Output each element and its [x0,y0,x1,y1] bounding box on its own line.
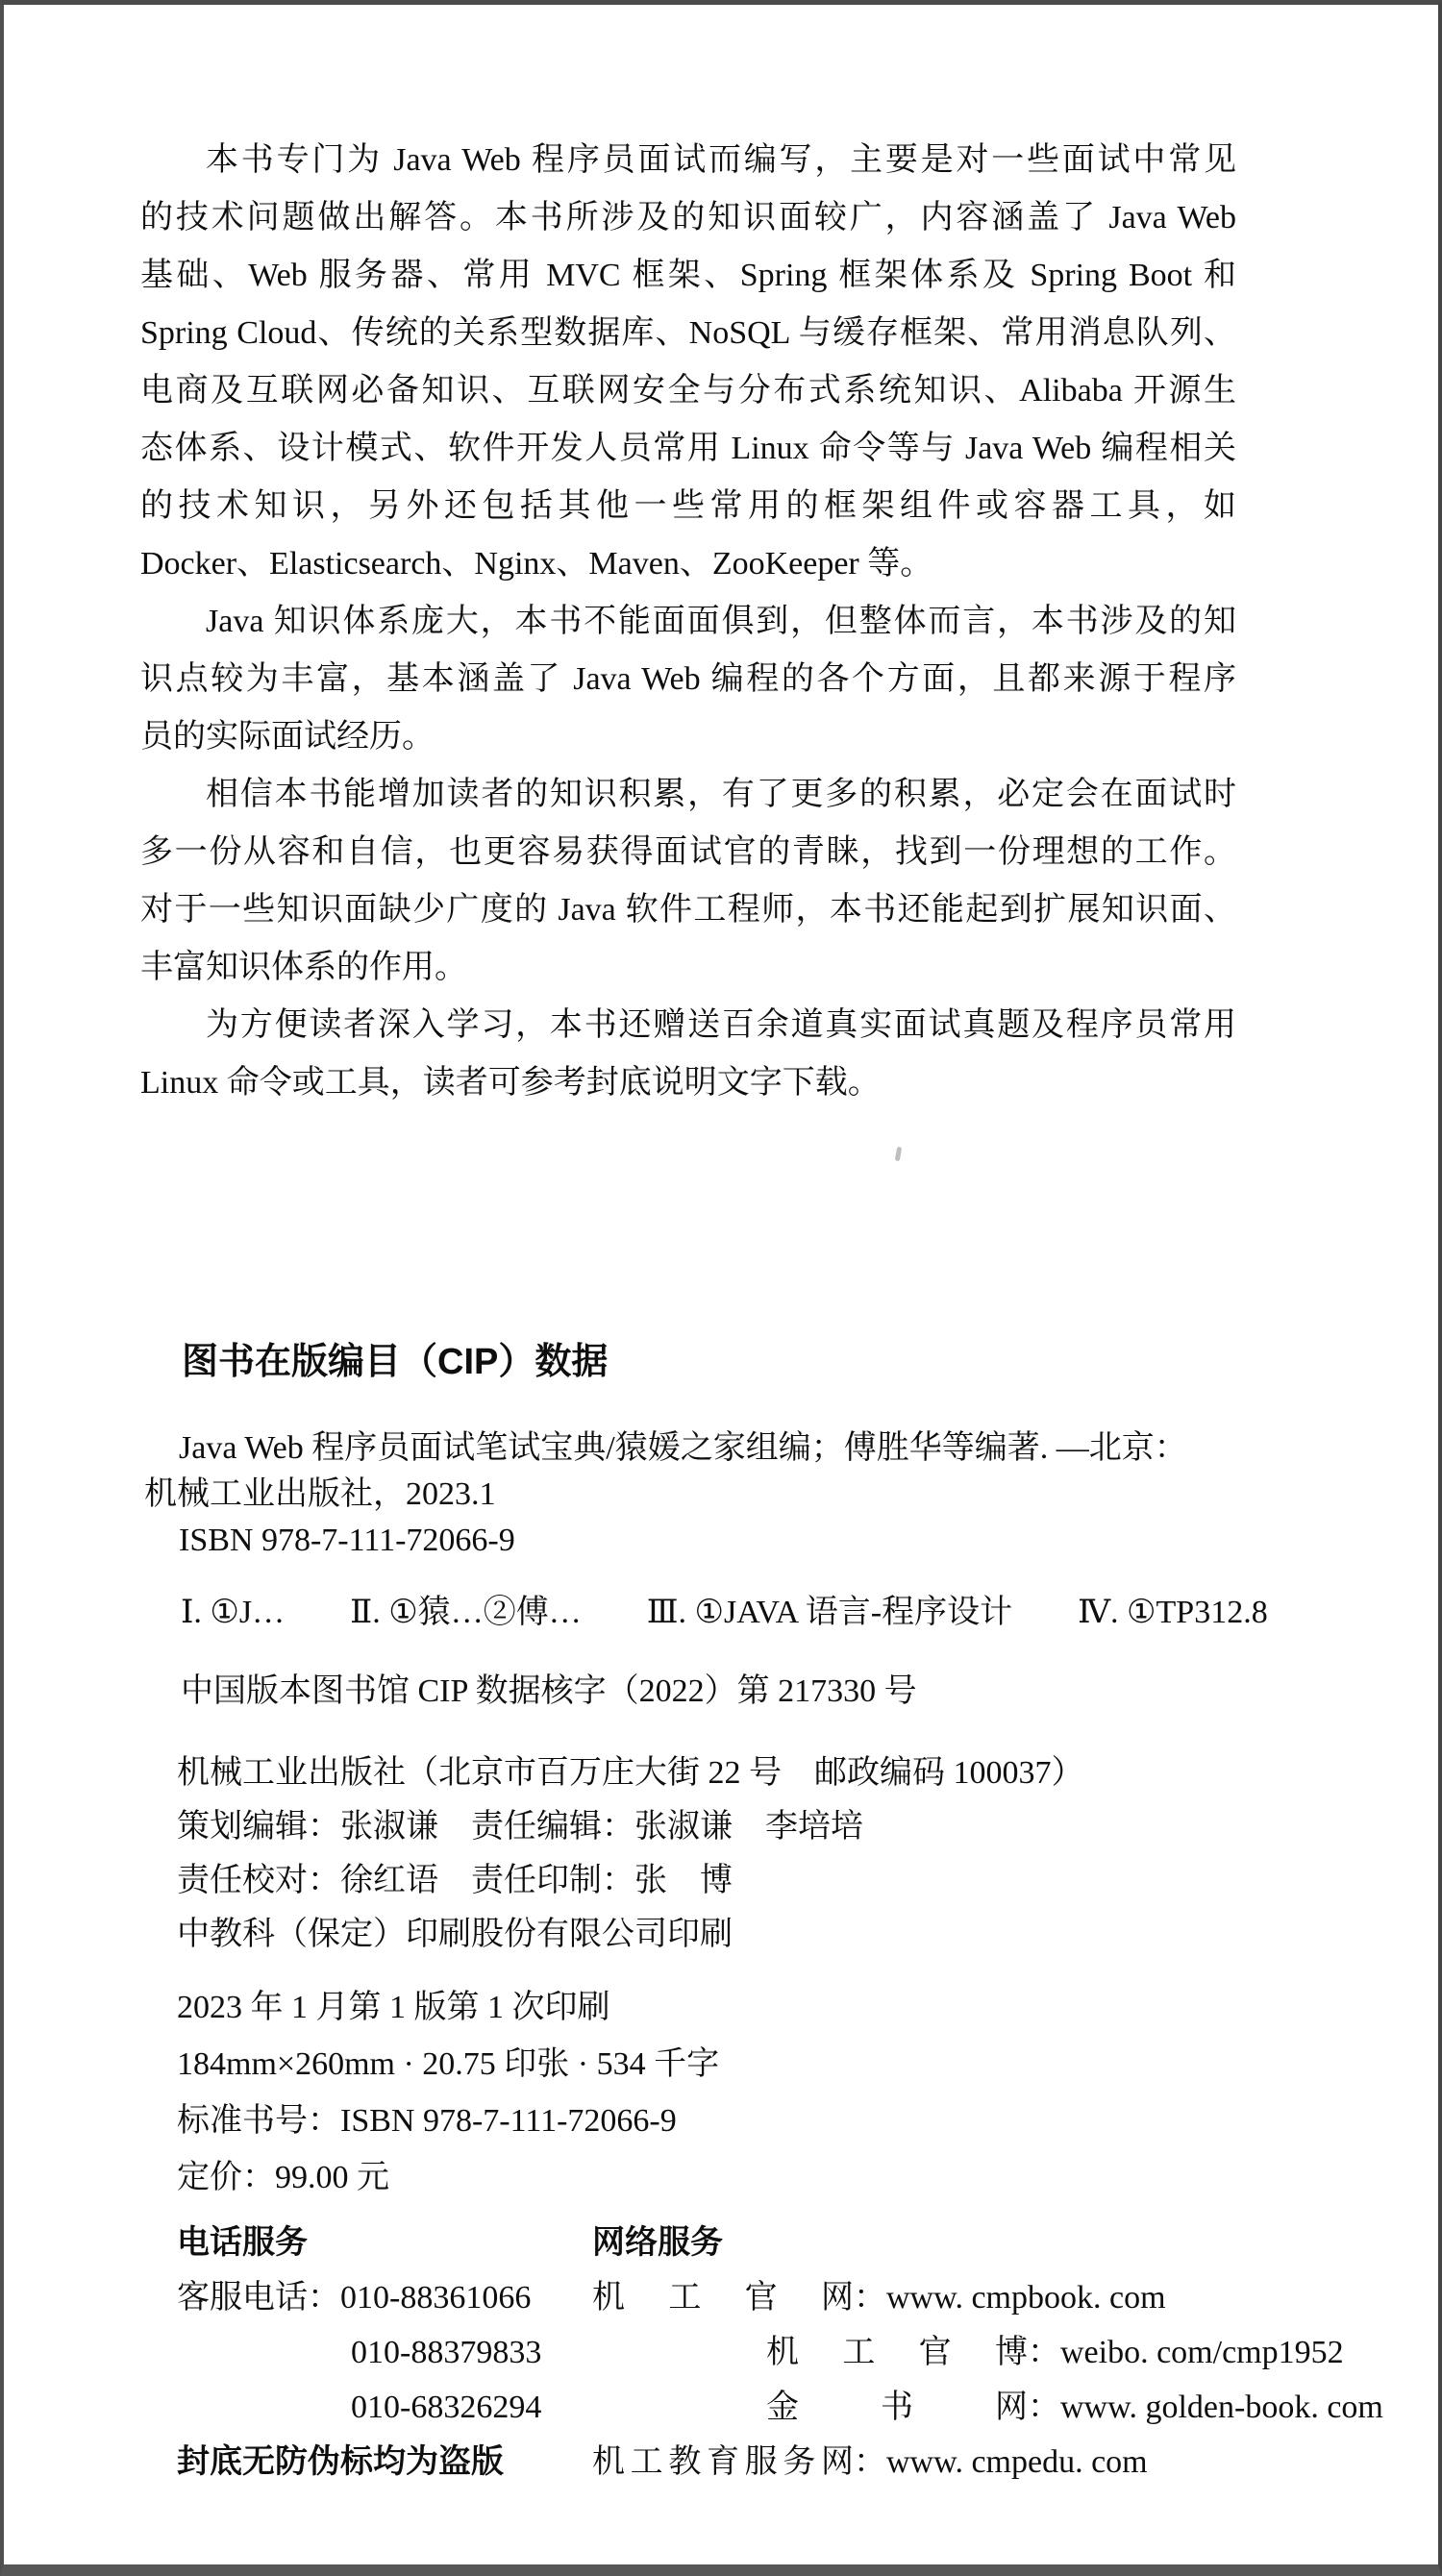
preface-line: 识点较为丰富，基本涵盖了 Java Web 编程的各个方面，且都来源于程序 [140,651,1236,708]
isbn-line: 标准书号：ISBN 978-7-111-72066-9 [177,2093,719,2149]
services-row: 客服电话：010-88361066 机工官网：www. cmpbook. com [177,2270,1383,2325]
web-service-url: www. golden-book. com [1060,2390,1383,2425]
phone-number: 010-88379833 [351,2335,541,2370]
phone-number: 010-88361066 [340,2280,531,2316]
editors-line: 策划编辑：张淑谦 责任编辑：张淑谦 李培培 [177,1800,1084,1854]
preface-paragraphs: 本书专门为 Java Web 程序员面试而编写，主要是对一些面试中常见 的技术问… [140,132,1236,1112]
cip-entry-line: Java Web 程序员面试笔试宝典/猿媛之家组编；傅胜华等编著. —北京： [144,1425,1187,1472]
services-row: 010-68326294 金书网：www. golden-book. com [177,2380,1383,2435]
web-service-url: www. cmpedu. com [886,2444,1148,2480]
preface-line: Spring Cloud、传统的关系型数据库、NoSQL 与缓存框架、常用消息队… [140,305,1236,362]
preface-line: 的技术知识，另外还包括其他一些常用的框架组件或容器工具，如 [140,478,1236,535]
cip-classification: Ⅰ. ①J… Ⅱ. ①猿…②傅… Ⅲ. ①JAVA 语言-程序设计 Ⅳ. ①TP… [181,1593,1268,1633]
web-service-label: 机工官网 [592,2270,854,2325]
book-copyright-page: 本书专门为 Java Web 程序员面试而编写，主要是对一些面试中常见 的技术问… [0,0,1442,2576]
phone-label: 客服电话： [177,2280,340,2316]
anti-piracy-notice: 封底无防伪标均为盗版 [177,2435,592,2489]
preface-line: 本书专门为 Java Web 程序员面试而编写，主要是对一些面试中常见 [140,132,1236,189]
publisher-line: 机械工业出版社（北京市百万庄大街 22 号 邮政编码 100037） [177,1746,1084,1800]
preface-line: 员的实际面试经历。 [140,708,1236,766]
imprint-block: 机械工业出版社（北京市百万庄大街 22 号 邮政编码 100037） 策划编辑：… [177,1746,1084,1962]
cip-entry-line: ISBN 978-7-111-72066-9 [144,1518,1187,1564]
web-service-label: 机工教育服务网 [592,2435,854,2489]
preface-line: 多一份从容和自信，也更容易获得面试官的青睐，找到一份理想的工作。 [140,824,1236,881]
preface-line: Docker、Elasticsearch、Nginx、Maven、ZooKeep… [140,535,1236,593]
preface-line: 对于一些知识面缺少广度的 Java 软件工程师，本书还能起到扩展知识面、 [140,881,1236,939]
web-service-url: weibo. com/cmp1952 [1060,2335,1344,2370]
web-service-url: www. cmpbook. com [886,2280,1166,2316]
cip-heading: 图书在版编目（CIP）数据 [182,1341,608,1383]
scan-speck [895,1147,903,1162]
phone-number: 010-68326294 [351,2390,541,2425]
format-line: 184mm×260mm · 20.75 印张 · 534 千字 [177,2036,719,2093]
print-info-block: 2023 年 1 月第 1 版第 1 次印刷 184mm×260mm · 20.… [177,1979,719,2206]
colon: ： [1028,2335,1060,2370]
services-row: 010-88379833 机工官博：weibo. com/cmp1952 [177,2325,1383,2380]
web-service-label: 金书网 [766,2380,1028,2435]
colon: ： [854,2280,886,2316]
edition-line: 2023 年 1 月第 1 版第 1 次印刷 [177,1979,719,2036]
web-service-header: 网络服务 [592,2216,1383,2270]
colon: ： [1028,2390,1060,2425]
services-row: 封底无防伪标均为盗版 机工教育服务网：www. cmpedu. com [177,2435,1383,2489]
printer-line: 中教科（保定）印刷股份有限公司印刷 [177,1908,1084,1962]
phone-service-header: 电话服务 [177,2216,592,2270]
preface-line: 电商及互联网必备知识、互联网安全与分布式系统知识、Alibaba 开源生 [140,362,1236,420]
preface-line: 丰富知识体系的作用。 [140,939,1236,997]
preface-line: Linux 命令或工具，读者可参考封底说明文字下载。 [140,1054,1236,1112]
preface-line: 相信本书能增加读者的知识积累，有了更多的积累，必定会在面试时 [140,766,1236,824]
cip-entry-line: 机械工业出版社，2023.1 [144,1472,1187,1518]
preface-line: 的技术问题做出解答。本书所涉及的知识面较广，内容涵盖了 Java Web [140,189,1236,247]
services-block: 电话服务 网络服务 客服电话：010-88361066 机工官网：www. cm… [177,2216,1383,2489]
preface-line: 态体系、设计模式、软件开发人员常用 Linux 命令等与 Java Web 编程… [140,420,1236,478]
preface-line: Java 知识体系庞大，本书不能面面俱到，但整体而言，本书涉及的知 [140,593,1236,651]
colon: ： [854,2444,886,2480]
preface-line: 为方便读者深入学习，本书还赠送百余道真实面试真题及程序员常用 [140,997,1236,1054]
services-header-row: 电话服务 网络服务 [177,2216,1383,2270]
cip-record-number: 中国版本图书馆 CIP 数据核字（2022）第 217330 号 [181,1672,917,1712]
preface-line: 基础、Web 服务器、常用 MVC 框架、Spring 框架体系及 Spring… [140,247,1236,305]
proofreader-line: 责任校对：徐红语 责任印制：张 博 [177,1854,1084,1908]
web-service-label: 机工官博 [766,2325,1028,2380]
price-line: 定价：99.00 元 [177,2149,719,2206]
cip-entry: Java Web 程序员面试笔试宝典/猿媛之家组编；傅胜华等编著. —北京： 机… [144,1425,1187,1564]
